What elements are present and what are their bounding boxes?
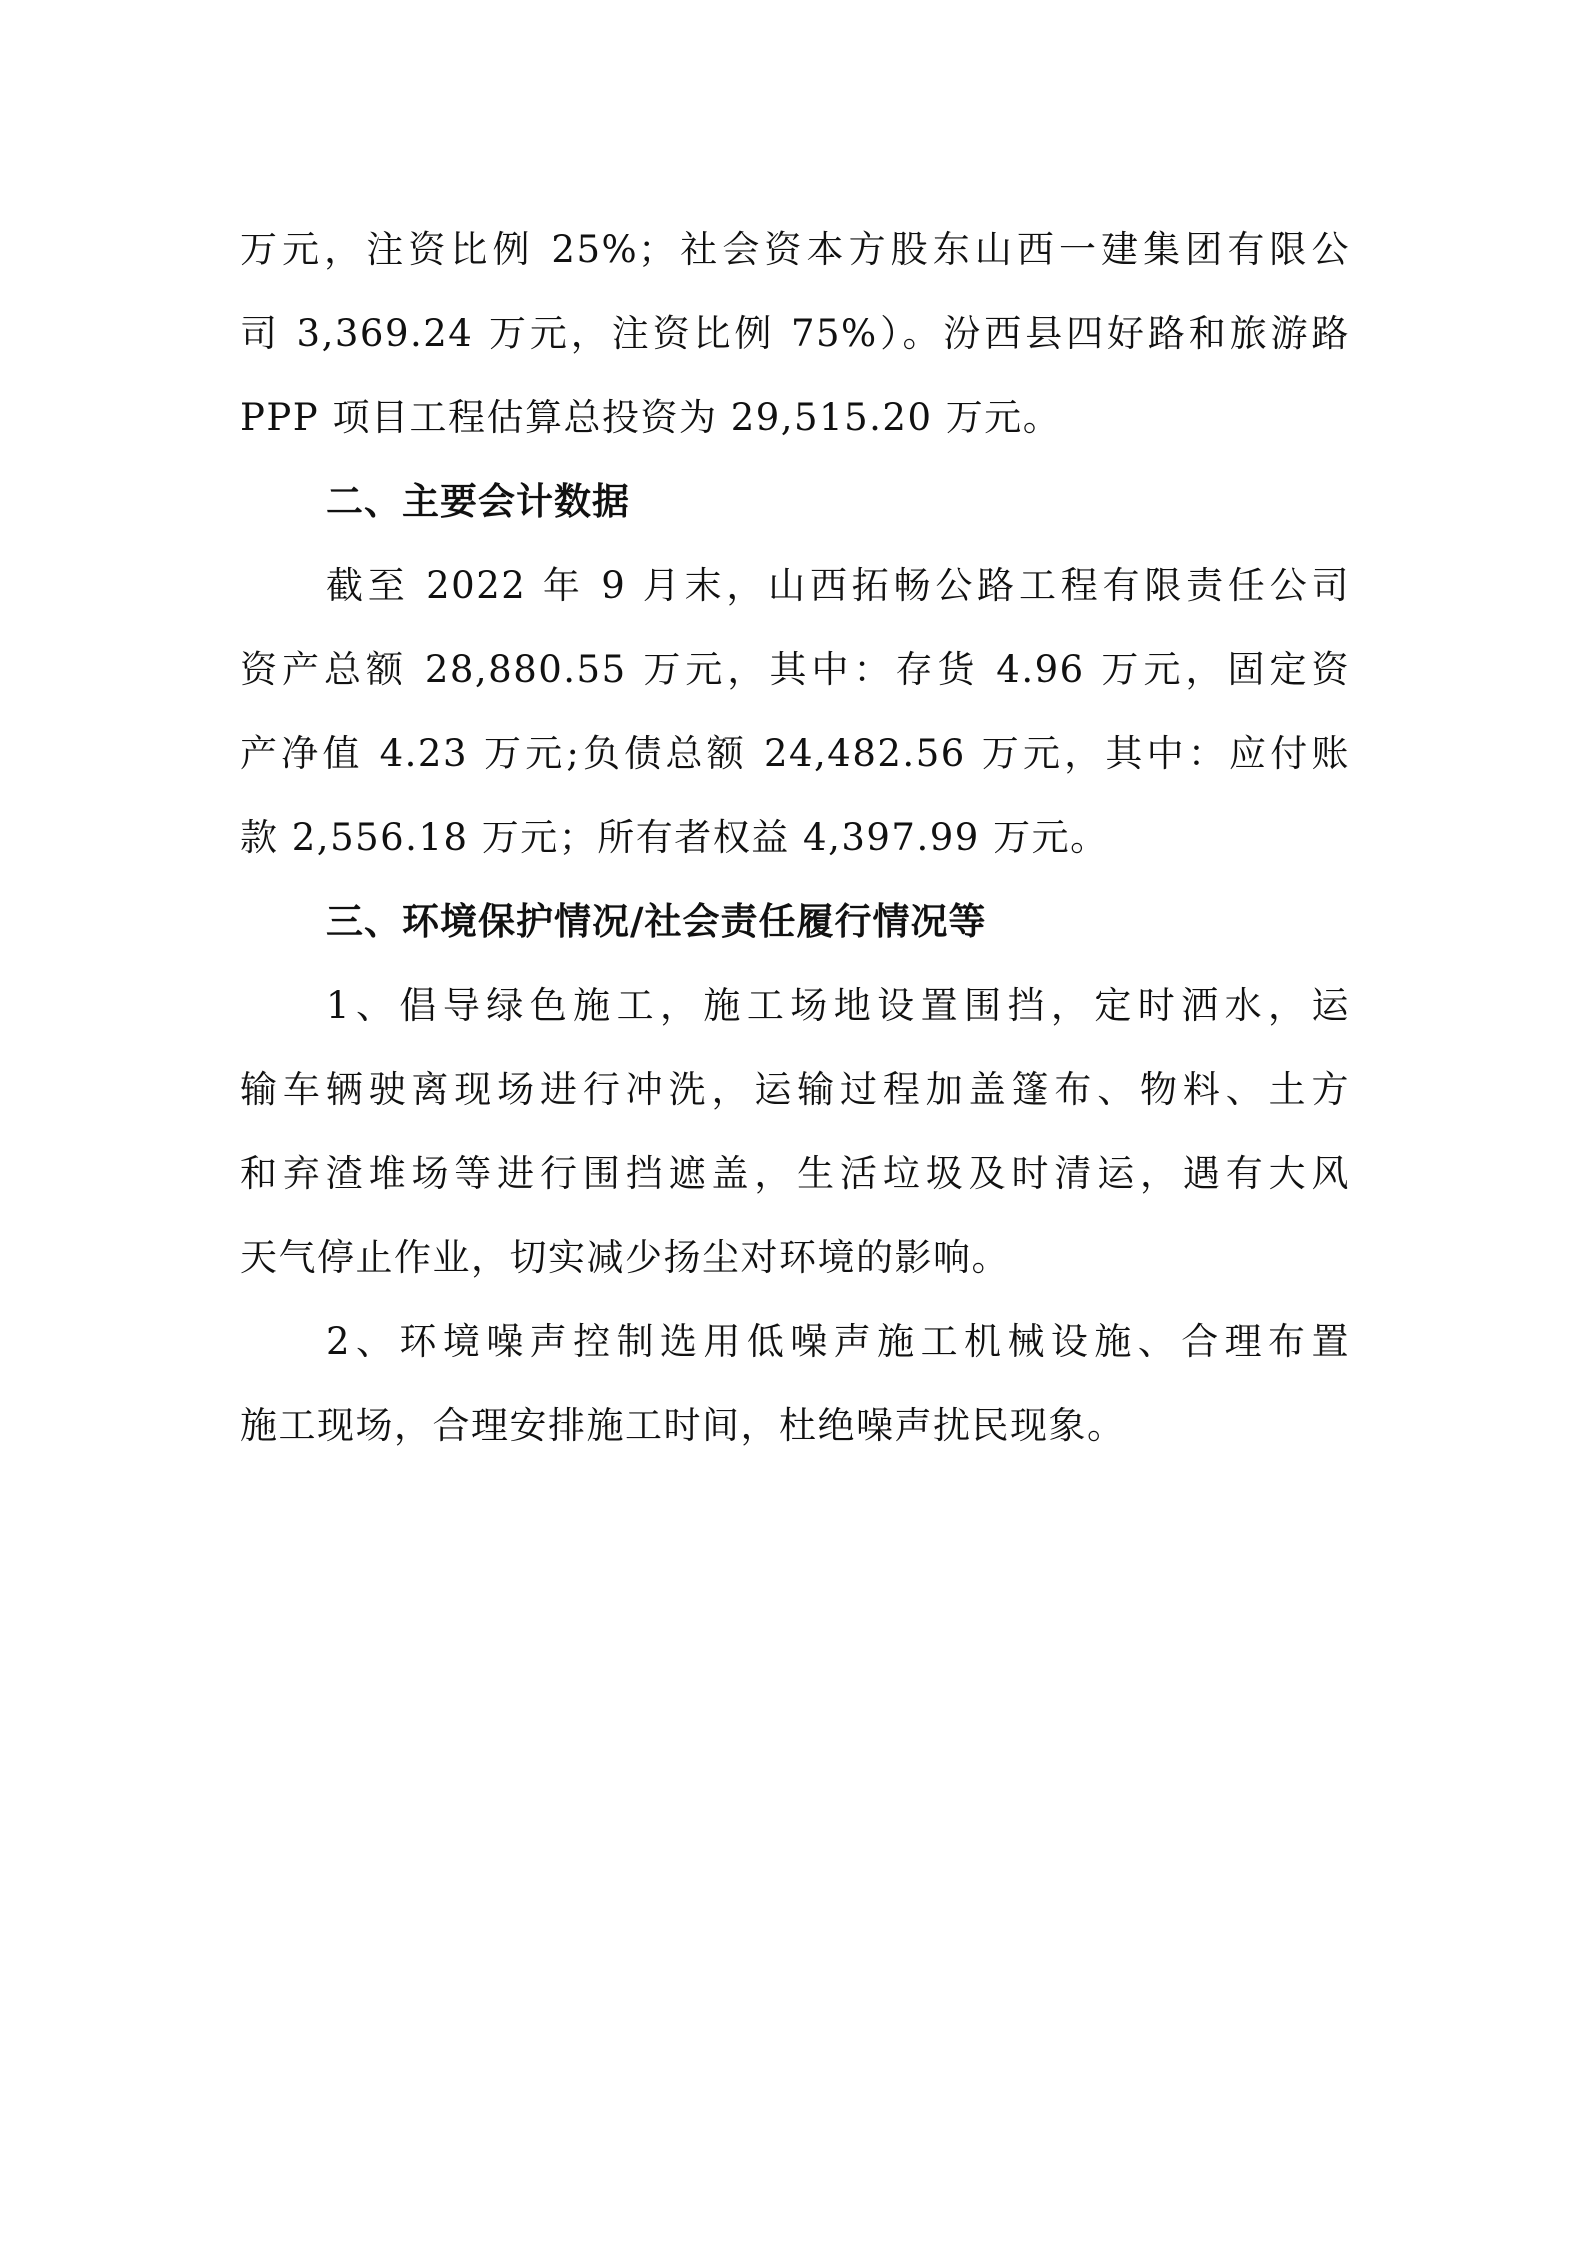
section-accounting-data: 二、主要会计数据 截至 2022 年 9 月末，山西拓畅公路工程有限责任公司 资…: [240, 460, 1350, 880]
list-item: 2、环境噪声控制选用低噪声施工机械设施、合理布置 施工现场，合理安排施工时间，杜…: [240, 1300, 1350, 1468]
text-line: 产净值 4.23 万元;负债总额 24,482.56 万元，其中：应付账: [240, 712, 1350, 796]
document-body: 万元，注资比例 25%；社会资本方股东山西一建集团有限公 司 3,369.24 …: [240, 208, 1350, 1468]
text-line: 款 2,556.18 万元；所有者权益 4,397.99 万元。: [240, 796, 1350, 880]
intro-paragraph: 万元，注资比例 25%；社会资本方股东山西一建集团有限公 司 3,369.24 …: [240, 208, 1350, 460]
text-line: 施工现场，合理安排施工时间，杜绝噪声扰民现象。: [240, 1384, 1350, 1468]
section-environment-social: 三、环境保护情况/社会责任履行情况等 1、倡导绿色施工，施工场地设置围挡，定时洒…: [240, 880, 1350, 1468]
document-page: 万元，注资比例 25%；社会资本方股东山西一建集团有限公 司 3,369.24 …: [0, 0, 1587, 2245]
text-line: 和弃渣堆场等进行围挡遮盖，生活垃圾及时清运，遇有大风: [240, 1132, 1350, 1216]
list-item: 1、倡导绿色施工，施工场地设置围挡，定时洒水，运 输车辆驶离现场进行冲洗，运输过…: [240, 964, 1350, 1300]
section-heading: 三、环境保护情况/社会责任履行情况等: [240, 880, 1350, 964]
text-line: 输车辆驶离现场进行冲洗，运输过程加盖篷布、物料、土方: [240, 1048, 1350, 1132]
text-line: 天气停止作业，切实减少扬尘对环境的影响。: [240, 1216, 1350, 1300]
section-heading: 二、主要会计数据: [240, 460, 1350, 544]
text-line: 1、倡导绿色施工，施工场地设置围挡，定时洒水，运: [240, 964, 1350, 1048]
text-line: 2、环境噪声控制选用低噪声施工机械设施、合理布置: [240, 1300, 1350, 1384]
text-line: PPP 项目工程估算总投资为 29,515.20 万元。: [240, 376, 1350, 460]
text-line: 万元，注资比例 25%；社会资本方股东山西一建集团有限公: [240, 208, 1350, 292]
text-line: 资产总额 28,880.55 万元，其中：存货 4.96 万元，固定资: [240, 628, 1350, 712]
text-line: 司 3,369.24 万元，注资比例 75%）。汾西县四好路和旅游路: [240, 292, 1350, 376]
text-line: 截至 2022 年 9 月末，山西拓畅公路工程有限责任公司: [240, 544, 1350, 628]
